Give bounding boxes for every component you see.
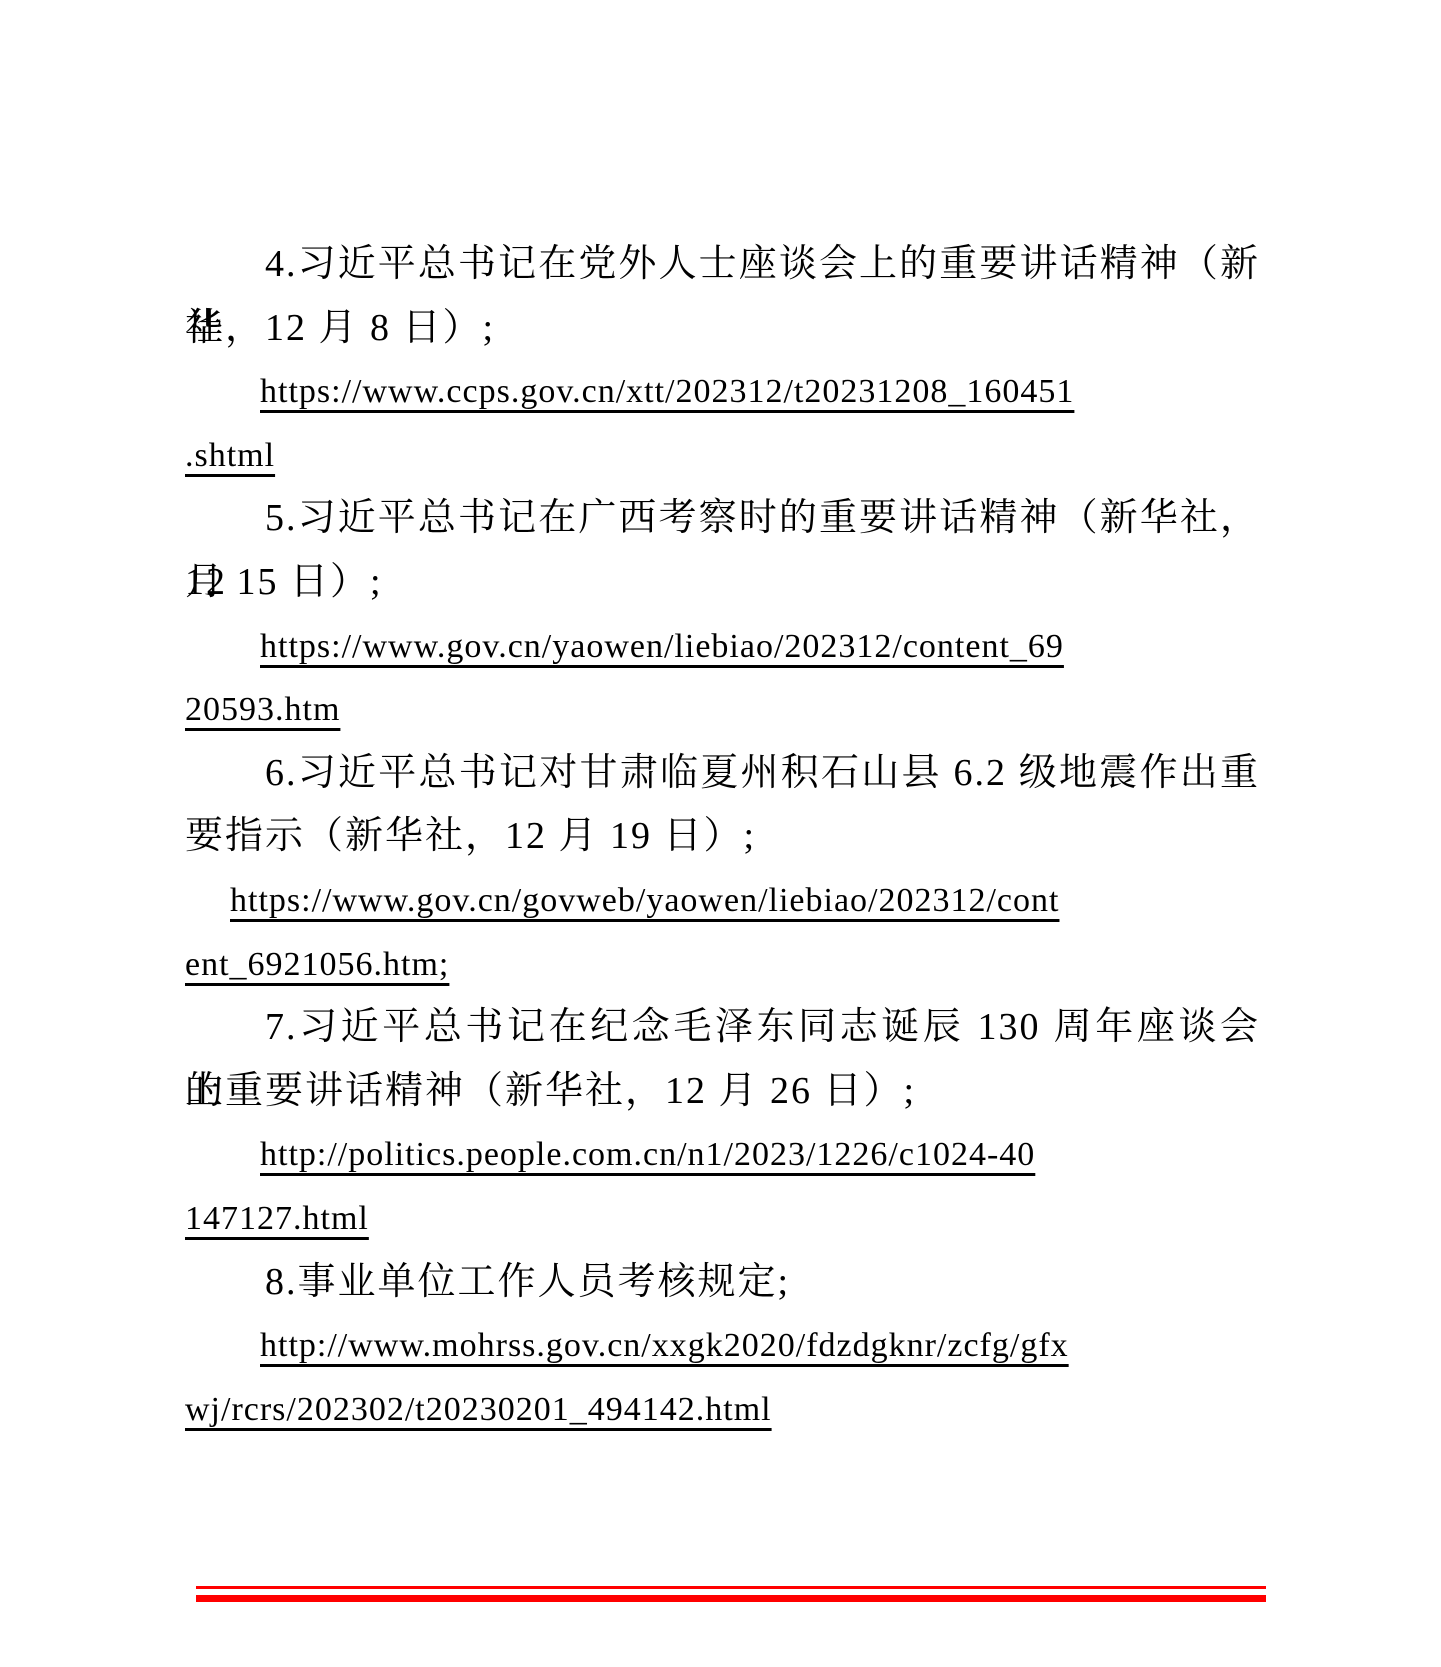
item-url-link[interactable]: https://www.gov.cn/govweb/yaowen/liebiao… — [185, 869, 1260, 933]
footer-rule-thick — [196, 1595, 1266, 1602]
list-item-5: 5.习近平总书记在广西考察时的重要讲话精神（新华社，12 月 15 日）; ht… — [185, 487, 1260, 741]
item-url-link[interactable]: wj/rcrs/202302/t20230201_494142.html — [185, 1378, 1260, 1442]
footer-rule-thin — [196, 1586, 1266, 1589]
item-url-link[interactable]: https://www.ccps.gov.cn/xtt/202312/t2023… — [185, 360, 1260, 424]
item-title-line: 6.习近平总书记对甘肃临夏州积石山县 6.2 级地震作出重 — [185, 742, 1260, 806]
list-item-6: 6.习近平总书记对甘肃临夏州积石山县 6.2 级地震作出重 要指示（新华社，12… — [185, 742, 1260, 996]
document-page: 4.习近平总书记在党外人士座谈会上的重要讲话精神（新华 社，12 月 8 日）;… — [0, 0, 1441, 1667]
item-title-line: 5.习近平总书记在广西考察时的重要讲话精神（新华社，12 — [185, 487, 1260, 551]
item-url-link[interactable]: .shtml — [185, 424, 1260, 488]
item-title-line: 月 15 日）; — [185, 551, 1260, 615]
document-body: 4.习近平总书记在党外人士座谈会上的重要讲话精神（新华 社，12 月 8 日）;… — [185, 233, 1260, 1441]
item-url-link[interactable]: https://www.gov.cn/yaowen/liebiao/202312… — [185, 615, 1260, 679]
item-title-line: 4.习近平总书记在党外人士座谈会上的重要讲话精神（新华 — [185, 233, 1260, 297]
list-item-8: 8.事业单位工作人员考核规定; http://www.mohrss.gov.cn… — [185, 1251, 1260, 1442]
list-item-7: 7.习近平总书记在纪念毛泽东同志诞辰 130 周年座谈会上 的重要讲话精神（新华… — [185, 996, 1260, 1250]
item-url-link[interactable]: http://politics.people.com.cn/n1/2023/12… — [185, 1123, 1260, 1187]
item-title-line: 社，12 月 8 日）; — [185, 297, 1260, 361]
item-title-line: 8.事业单位工作人员考核规定; — [185, 1251, 1260, 1315]
list-item-4: 4.习近平总书记在党外人士座谈会上的重要讲话精神（新华 社，12 月 8 日）;… — [185, 233, 1260, 487]
item-url-link[interactable]: 147127.html — [185, 1187, 1260, 1251]
item-title-line: 7.习近平总书记在纪念毛泽东同志诞辰 130 周年座谈会上 — [185, 996, 1260, 1060]
item-url-link[interactable]: ent_6921056.htm; — [185, 933, 1260, 997]
item-url-link[interactable]: http://www.mohrss.gov.cn/xxgk2020/fdzdgk… — [185, 1314, 1260, 1378]
item-title-line: 要指示（新华社，12 月 19 日）; — [185, 805, 1260, 869]
item-url-link[interactable]: 20593.htm — [185, 678, 1260, 742]
item-title-line: 的重要讲话精神（新华社，12 月 26 日）; — [185, 1060, 1260, 1124]
